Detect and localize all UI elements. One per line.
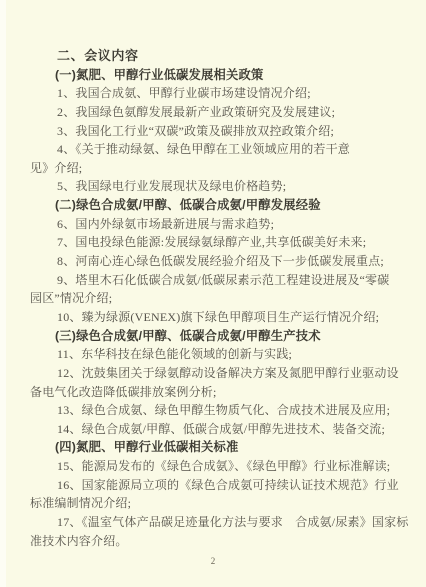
main-heading-line: 二、会议内容 (30, 47, 400, 66)
section-heading-line: (二)绿色合成氨/甲醇、低碳合成氨/甲醇发展经验 (30, 196, 400, 215)
agenda-item-line: 11、东华科技在绿色能化领域的创新与实践; (30, 345, 400, 364)
agenda-item-line: 3、我国化工行业“双碳”政策及碳排放双控政策介绍; (30, 122, 400, 141)
agenda-item-line: 16、国家能源局立项的《绿色合成氨可持续认证技术规范》行业 (30, 476, 400, 495)
agenda-item-line: 8、河南心连心绿色低碳发展经验介绍及下一步低碳发展重点; (30, 252, 400, 271)
agenda-item-line: 15、能源局发布的《绿色合成氨》、《绿色甲醇》行业标准解读; (30, 457, 400, 476)
agenda-item-line: 10、臻为绿源(VENEX)旗下绿色甲醇项目生产运行情况介绍; (30, 308, 400, 327)
agenda-item-line: 12、沈鼓集团关于绿氨醇动设备解决方案及氮肥甲醇行业驱动设 (30, 364, 400, 383)
continuation-line: 园区”情况介绍; (30, 289, 400, 308)
document-body: 二、会议内容(一)氮肥、甲醇行业低碳发展相关政策1、我国合成氨、甲醇行业碳市场建… (30, 47, 400, 550)
continuation-line: 见》介绍; (30, 159, 400, 178)
agenda-item-line: 9、塔里木石化低碳合成氨/低碳尿素示范工程建设进展及“零碳 (30, 271, 400, 290)
agenda-item-line: 4、《关于推动绿氨、绿色甲醇在工业领域应用的若干意 (30, 140, 400, 159)
agenda-item-line: 14、绿色合成氨/甲醇、低碳合成氨/甲醇先进技术、装备交流; (30, 420, 400, 439)
agenda-item-line: 7、国电投绿色能源:发展绿氨绿醇产业,共享低碳美好未来; (30, 233, 400, 252)
continuation-line: 准技术内容介绍。 (30, 532, 400, 551)
page-edge-strip (0, 0, 6, 587)
section-heading-line: (一)氮肥、甲醇行业低碳发展相关政策 (30, 66, 400, 85)
document-page: 二、会议内容(一)氮肥、甲醇行业低碳发展相关政策1、我国合成氨、甲醇行业碳市场建… (0, 0, 426, 587)
agenda-item-line: 2、我国绿色氨醇发展最新产业政策研究及发展建议; (30, 103, 400, 122)
agenda-item-line: 1、我国合成氨、甲醇行业碳市场建设情况介绍; (30, 84, 400, 103)
section-heading-line: (三)绿色合成氨/甲醇、低碳合成氨/甲醇生产技术 (30, 327, 400, 346)
agenda-item-line: 5、我国绿电行业发展现状及绿电价格趋势; (30, 177, 400, 196)
agenda-item-line: 13、绿色合成氨、绿色甲醇生物质气化、合成技术进展及应用; (30, 401, 400, 420)
agenda-item-line: 17、《温室气体产品碳足迹量化方法与要求 合成氨/尿素》国家标 (30, 513, 400, 532)
page-number: 2 (0, 556, 426, 566)
continuation-line: 标准编制情况介绍; (30, 494, 400, 513)
agenda-item-line: 6、国内外绿氨市场最新进展与需求趋势; (30, 215, 400, 234)
section-heading-line: (四)氮肥、甲醇行业低碳相关标准 (30, 438, 400, 457)
continuation-line: 备电气化改造降低碳排放案例分析; (30, 383, 400, 402)
